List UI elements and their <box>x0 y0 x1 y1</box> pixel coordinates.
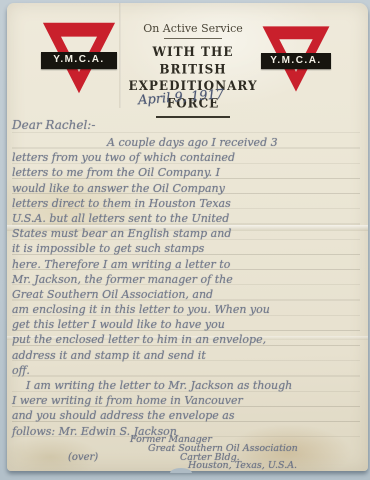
greeting: Dear Rachel:- <box>12 118 360 135</box>
ymca-band: Y.M.C.A. <box>41 52 116 69</box>
handwritten-line: and you should address the envelope as <box>12 408 360 423</box>
handwritten-line: would like to answer the Oil Company <box>12 181 360 196</box>
letterhead-rule <box>164 38 222 39</box>
handwritten-line: States must bear an English stamp and <box>12 226 360 241</box>
handwritten-line: I am writing the letter to Mr. Jackson a… <box>12 378 360 393</box>
handwritten-line: address it and stamp it and send it <box>12 348 360 363</box>
handwritten-line: put the enclosed letter to him in an env… <box>12 332 360 347</box>
handwritten-line: letters direct to them in Houston Texas <box>12 196 360 211</box>
address-block: Former Manager Great Southern Oil Associ… <box>0 436 370 471</box>
ymca-label: Y.M.C.A. <box>53 55 104 65</box>
paper-edge-tear <box>170 468 192 473</box>
on-active-service-text: On Active Service <box>118 22 268 35</box>
handwritten-line: here. Therefore I am writing a letter to <box>12 257 360 272</box>
handwritten-line: Mr. Jackson, the former manager of the <box>12 272 360 287</box>
letter-body: Dear Rachel:- A couple days ago I receiv… <box>12 118 360 439</box>
over-note: (over) <box>68 452 98 463</box>
address-line: Houston, Texas, U.S.A. <box>188 462 370 471</box>
handwritten-line: off. <box>12 363 360 378</box>
ymca-logo-left: Y.M.C.A. <box>38 20 120 96</box>
handwritten-line: U.S.A. but all letters sent to the Unite… <box>12 211 360 226</box>
handwritten-line: letters from you two of which contained <box>12 150 360 165</box>
bef-line-1: WITH THE BRITISH <box>118 43 268 79</box>
handwritten-line: letters to me from the Oil Company. I <box>12 165 360 180</box>
handwritten-line: Great Southern Oil Association, and <box>12 287 360 302</box>
handwritten-line: I were writing it from home in Vancouver <box>12 393 360 408</box>
handwritten-line: am enclosing it in this letter to you. W… <box>12 302 360 317</box>
handwritten-line: A couple days ago I received 3 <box>12 135 360 150</box>
handwritten-line: it is impossible to get such stamps <box>12 241 360 256</box>
ymca-label: Y.M.C.A. <box>270 56 321 66</box>
ymca-band: Y.M.C.A. <box>261 53 331 68</box>
handwritten-line: get this letter I would like to have you <box>12 317 360 332</box>
